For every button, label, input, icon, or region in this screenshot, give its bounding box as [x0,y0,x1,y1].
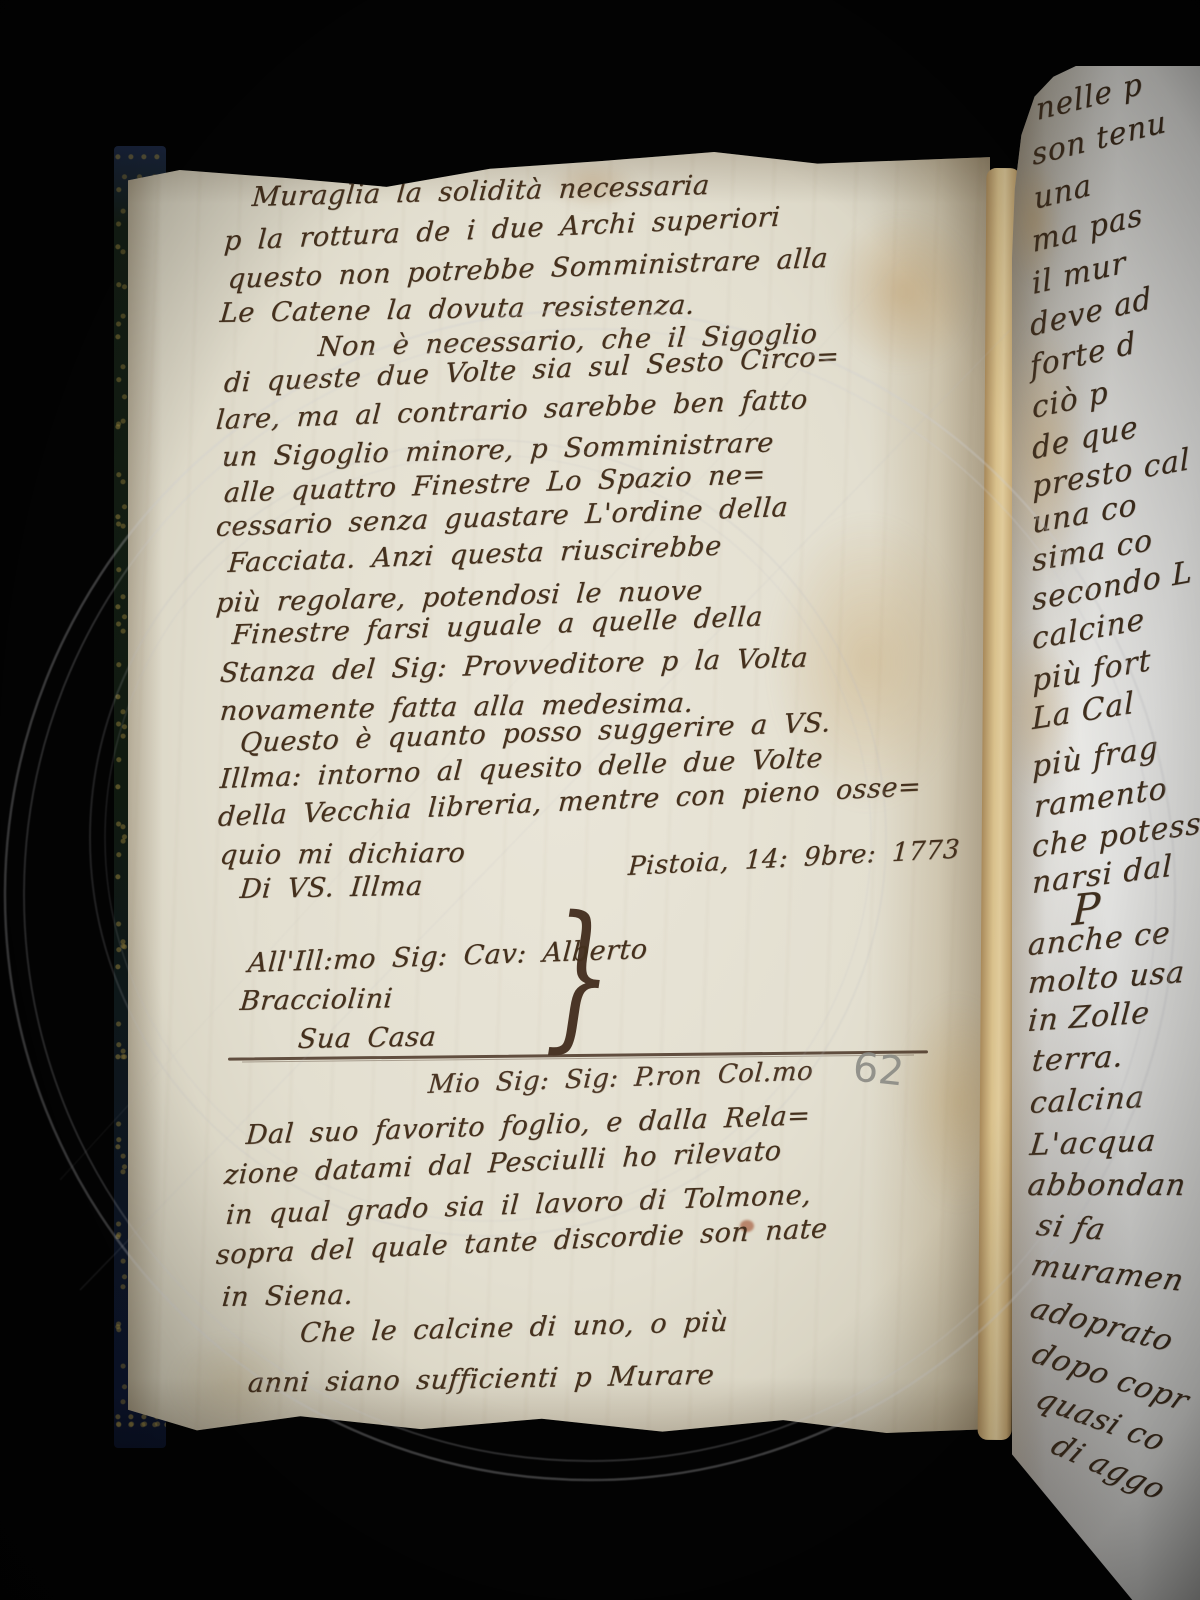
manuscript-line: quio mi dichiaro [219,838,467,871]
right-page: nelle p son tenu una ma pas il mur deve … [1012,66,1200,1600]
manuscript-fragment: L'acqua [1028,1124,1158,1164]
manuscript-line: Muraglia la solidità necessaria [251,170,711,213]
manuscript-line: anni siano sufficienti p Murare [247,1360,716,1399]
manuscript-fragment: una [1032,168,1093,218]
manuscript-line: Che le calcine di uno, o più [299,1307,730,1349]
manuscript-fragment: si fa [1033,1208,1109,1247]
address-line: Sua Casa [297,1022,438,1055]
address-brace: } [544,894,614,1057]
manuscript-fragment: anche ce [1027,915,1171,963]
pencil-page-number: 62 [851,1044,906,1095]
manuscript-fragment: molto usa [1027,955,1186,1001]
manuscript-photo: Muraglia la solidità necessaria p la rot… [0,0,1200,1600]
manuscript-fragment: in Zolle [1027,995,1151,1039]
address-line: Bracciolini [239,983,394,1017]
manuscript-fragment: muramen [1028,1248,1188,1298]
manuscript-closing: Di VS. Illma [239,871,424,905]
paper-stain [828,212,978,372]
manuscript-fragment: abbondan [1026,1168,1189,1203]
left-page: Muraglia la solidità necessaria p la rot… [128,152,990,1442]
manuscript-line: Stanza del Sig: Provveditore p la Volta [219,643,809,689]
manuscript-fragment: terra. [1030,1039,1125,1079]
manuscript-line: in Siena. [221,1280,355,1313]
manuscript-dateline: Pistoia, 14: 9bre: 1773 [627,835,961,883]
manuscript-fragment: calcina [1028,1080,1146,1121]
salutation-line: Mio Sig: Sig: P.ron Col.mo [427,1057,814,1101]
